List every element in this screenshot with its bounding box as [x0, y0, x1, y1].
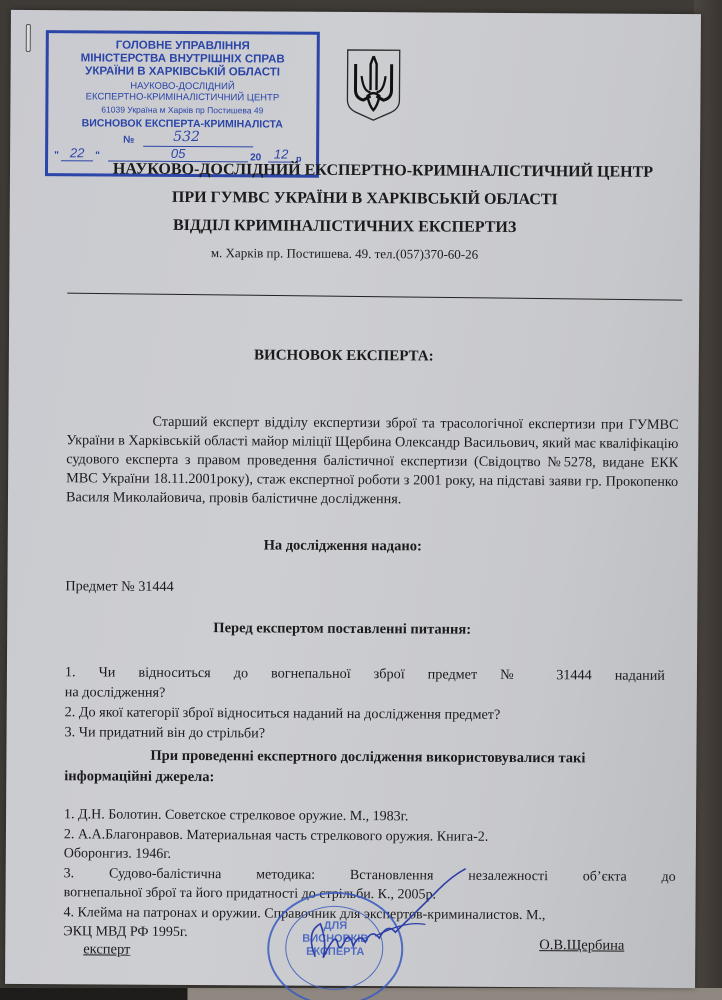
- header-line-3: ВІДДІЛ КРИМІНАЛІСТИЧНИХ ЕКСПЕРТИЗ: [30, 216, 660, 238]
- header-divider: [67, 293, 682, 301]
- stamp-number-value: 532: [173, 129, 200, 145]
- paragraph-indent: [64, 759, 150, 760]
- stamp-address: 61039 Україна м Харків пр Постишева 49: [48, 103, 316, 117]
- registration-stamp: ГОЛОВНЕ УПРАВЛІННЯ МІНІСТЕРСТВА ВНУТРІШН…: [45, 30, 320, 178]
- stamp-date-quote-open: ": [54, 150, 59, 161]
- questions-list: 1. Чи відноситься до вогнепальної зброї …: [65, 662, 665, 746]
- sources-heading: При проведенні експертного дослідження в…: [64, 745, 664, 791]
- intro-text: Старший експерт відділу експертизи зброї…: [66, 414, 679, 508]
- stamp-date-day: 22: [61, 145, 93, 161]
- questions-heading: Перед експертом поставленні питання:: [27, 619, 657, 640]
- subject-line: Предмет № 31444: [65, 578, 665, 599]
- question-item: 3. Чи придатний він до стрільби?: [65, 722, 665, 746]
- signature-name: О.В.Щербина: [539, 937, 624, 955]
- document-page: ГОЛОВНЕ УПРАВЛІННЯ МІНІСТЕРСТВА ВНУТРІШН…: [5, 10, 701, 988]
- submitted-heading: На дослідження надано:: [28, 536, 658, 557]
- staple-icon: [26, 24, 31, 52]
- intro-paragraph: Старший експерт відділу експертизи зброї…: [66, 412, 679, 511]
- paragraph-indent: [66, 425, 152, 426]
- stamp-number-label: №: [123, 135, 134, 146]
- trident-coat-of-arms-icon: [343, 46, 403, 122]
- signature-label-expert: експерт: [83, 941, 130, 958]
- document-title: ВИСНОВОК ЕКСПЕРТА:: [29, 346, 659, 367]
- stamp-line-5: ЕКСПЕРТНО-КРИМІНАЛІСТИЧНИЙ ЦЕНТР: [48, 91, 316, 104]
- stamp-line-3: УКРАЇНИ В ХАРКІВСЬКІЙ ОБЛАСТІ: [49, 65, 317, 80]
- signature-scribble-icon: [275, 862, 476, 973]
- header-line-1: НАУКОВО-ДОСЛІДНИЙ ЕКСПЕРТНО-КРИМІНАЛІСТИ…: [68, 160, 698, 182]
- header-line-2: ПРИ ГУМВС УКРАЇНИ В ХАРКІВСЬКІЙ ОБЛАСТІ: [50, 188, 680, 210]
- header-address: м. Харків пр. Постишева. 49. тел.(057)37…: [29, 244, 659, 264]
- sources-heading-text: При проведенні експертного дослідження в…: [64, 748, 585, 785]
- stamp-date-year-suffix: 12: [268, 146, 294, 162]
